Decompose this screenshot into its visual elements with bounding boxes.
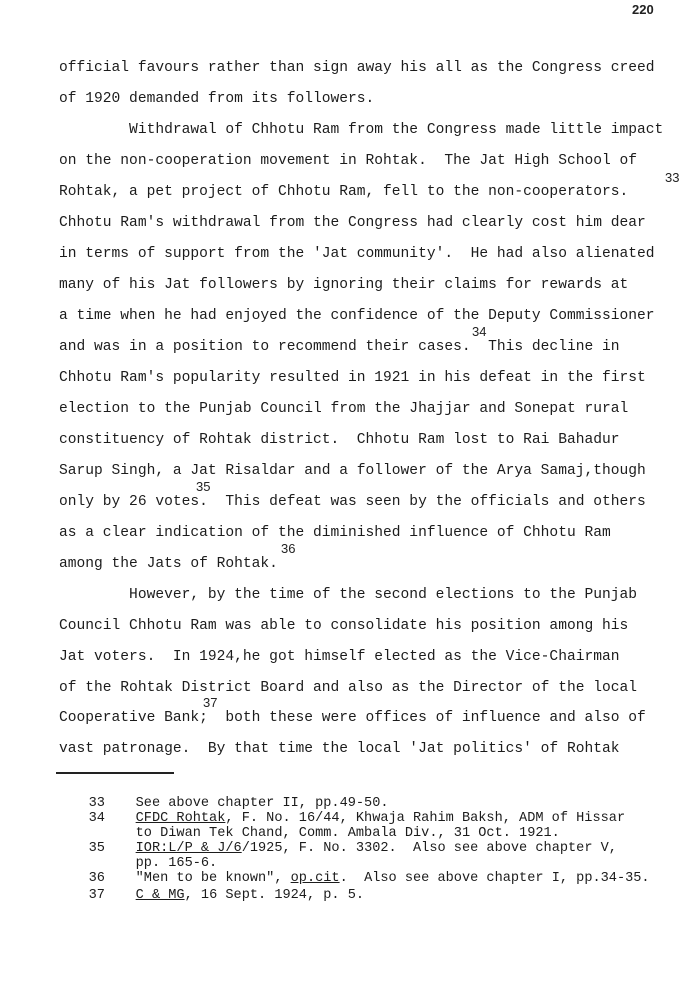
- body-line: of the Rohtak District Board and also as…: [59, 680, 637, 696]
- body-line: Rohtak, a pet project of Chhotu Ram, fel…: [59, 184, 628, 200]
- footnote-ref-37: 37: [203, 695, 217, 710]
- body-line: among the Jats of Rohtak.: [59, 556, 278, 572]
- body-line: of 1920 demanded from its followers.: [59, 91, 374, 107]
- page-number: 220: [632, 2, 654, 17]
- body-line: Chhotu Ram's withdrawal from the Congres…: [59, 215, 646, 231]
- body-line: vast patronage. By that time the local '…: [59, 741, 620, 757]
- footnote-separator: [56, 772, 174, 774]
- body-line: as a clear indication of the diminished …: [59, 525, 611, 541]
- footnote-37: 37C & MG, 16 Sept. 1924, p. 5.: [56, 873, 364, 918]
- body-line: a time when he had enjoyed the confidenc…: [59, 308, 655, 324]
- body-line: constituency of Rohtak district. Chhotu …: [59, 432, 620, 448]
- body-line: election to the Punjab Council from the …: [59, 401, 628, 417]
- body-line: Jat voters. In 1924,he got himself elect…: [59, 649, 620, 665]
- body-line: Council Chhotu Ram was able to consolida…: [59, 618, 628, 634]
- body-line: However, by the time of the second elect…: [59, 587, 637, 603]
- footnote-text: /1925, F. No. 3302. Also see above chapt…: [242, 841, 617, 856]
- body-line: Cooperative Bank; both these were office…: [59, 710, 646, 726]
- footnote-text: , 16 Sept. 1924, p. 5.: [185, 888, 364, 903]
- body-line: Sarup Singh, a Jat Risaldar and a follow…: [59, 463, 646, 479]
- body-line: in terms of support from the 'Jat commun…: [59, 246, 655, 262]
- body-line: only by 26 votes. This defeat was seen b…: [59, 494, 646, 510]
- footnote-ref-33: 33: [665, 170, 679, 185]
- footnote-source: C & MG: [136, 888, 185, 903]
- footnote-ref-35: 35: [196, 479, 210, 494]
- footnote-text: . Also see above chapter I, pp.34-35.: [340, 871, 650, 886]
- footnote-ref-34: 34: [472, 324, 486, 339]
- footnote-ref-36: 36: [281, 541, 295, 556]
- footnote-number: 37: [89, 888, 136, 903]
- body-line: and was in a position to recommend their…: [59, 339, 620, 355]
- body-line: Withdrawal of Chhotu Ram from the Congre…: [59, 122, 663, 138]
- body-line: Chhotu Ram's popularity resulted in 1921…: [59, 370, 646, 386]
- body-line: official favours rather than sign away h…: [59, 60, 655, 76]
- body-line: on the non-cooperation movement in Rohta…: [59, 153, 637, 169]
- body-line: many of his Jat followers by ignoring th…: [59, 277, 628, 293]
